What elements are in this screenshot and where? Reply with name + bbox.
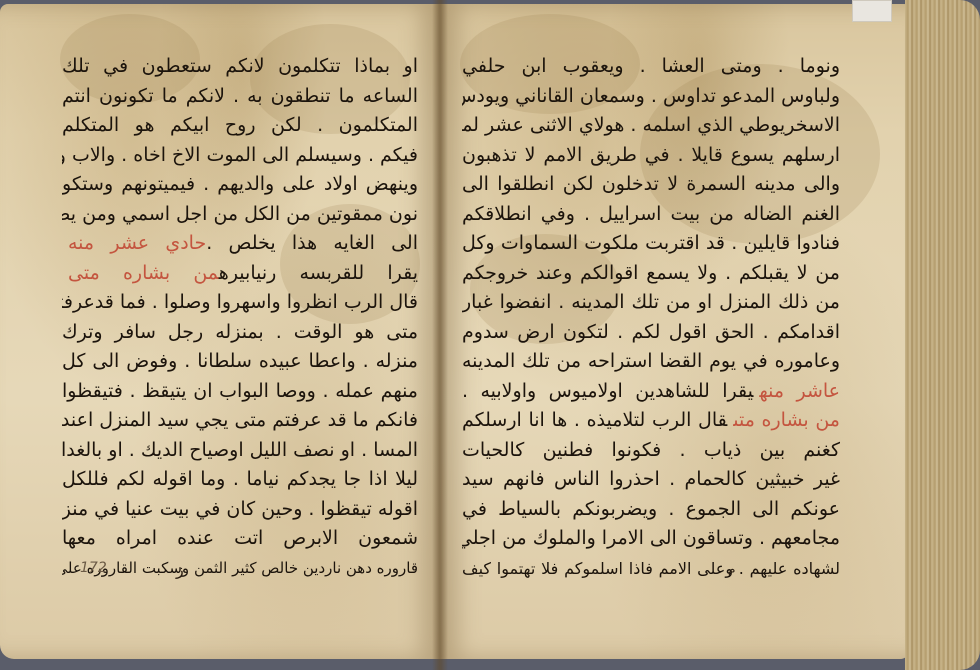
text-line: اقدامكم . الحق اقول لكم . لتكون ارض سدوم	[462, 318, 840, 348]
text-line: ولباوس المدعو تداوس . وسمعان القاناني وي…	[462, 82, 840, 112]
rubric-heading: عاشر منه	[759, 380, 840, 402]
text-line: او بماذا تتكلمون لانكم ستعطون في تلك	[62, 52, 418, 82]
text-line: الساعه ما تنطقون به . لانكم ما تكونون ان…	[62, 82, 418, 112]
open-manuscript: او بماذا تتكلمون لانكم ستعطون في تلك الس…	[0, 0, 980, 670]
book-gutter	[432, 0, 448, 670]
text-line: فيكم . وسيسلم الى الموت الاخ اخاه . والا…	[62, 141, 418, 171]
text-line: الغنم الضاله من بيت اسراييل . وفي انطلاق…	[462, 200, 840, 230]
folio-number: 172	[80, 560, 107, 576]
text-line: من بشاره متىقال الرب لتلاميذه . ها انا ا…	[462, 406, 840, 436]
rubric-heading: من بشاره متى	[68, 262, 219, 284]
text-line: غير خبيثين كالحمام . احذروا الناس فانهم …	[462, 465, 840, 495]
text-line: الى الغايه هذا يخلص .حادي عشر منه	[62, 229, 418, 259]
rubric-heading: من بشاره متى	[733, 409, 840, 431]
text-line: نون ممقوتين من الكل من اجل اسمي ومن يصبر	[62, 200, 418, 230]
text-line: مجامعهم . وتساقون الى الامرا والملوك من …	[462, 524, 840, 554]
right-page-text: ونوما . ومتى العشا . ويعقوب ابن حلفي ولب…	[462, 52, 840, 583]
text-line: فنادوا قايلين . قد اقتربت ملكوت السماوات…	[462, 229, 840, 259]
text-line: المسا . او نصف الليل اوصياح الديك . او ب…	[62, 436, 418, 466]
catchword-right: م	[728, 562, 735, 576]
catchword-left: ز	[176, 560, 184, 579]
text-line: وينهض اولاد على والديهم . فيميتونهم وستك…	[62, 170, 418, 200]
text-line: لشهاده عليهم . وعلى الامم فاذا اسلموكم ف…	[462, 554, 840, 584]
paper-tab	[852, 0, 892, 22]
left-page-text: او بماذا تتكلمون لانكم ستعطون في تلك الس…	[62, 52, 418, 583]
text-line: فانكم ما قد عرفتم متى يجي سيد المنزل اعن…	[62, 406, 418, 436]
page-fore-edge	[905, 0, 980, 670]
text-line: ارسلهم يسوع قايلا . في طريق الامم لا تذه…	[462, 141, 840, 171]
text-line: ونوما . ومتى العشا . ويعقوب ابن حلفي	[462, 52, 840, 82]
text-line: ليلا اذا جا يجدكم نياما . وما اقوله لكم …	[62, 465, 418, 495]
text-line: من ذلك المنزل او من تلك المدينه . انفضوا…	[462, 288, 840, 318]
text-line: المتكلمون . لكن روح ابيكم هو المتكلم	[62, 111, 418, 141]
text-line: منزله . واعطا عبيده سلطانا . وفوض الى كل	[62, 347, 418, 377]
text-line: قاروره دهن ناردين خالص كثير الثمن وسكبت …	[62, 554, 418, 584]
text-line: اقوله تيقظوا . وحين كان في بيت عنيا في م…	[62, 495, 418, 525]
text-line: عونكم الى الجموع . ويضربونكم بالسياط في	[462, 495, 840, 525]
text-line: قال الرب انظروا واسهروا وصلوا . فما قدعر…	[62, 288, 418, 318]
text-line: كغنم بين ذياب . فكونوا فطنين كالحيات	[462, 436, 840, 466]
text-line: منهم عمله . ووصا البواب ان يتيقظ . فتيقظ…	[62, 377, 418, 407]
text-line: وعاموره في يوم القضا استراحه من تلك المد…	[462, 347, 840, 377]
text-line: من لا يقبلكم . ولا يسمع اقوالكم وعند خرو…	[462, 259, 840, 289]
text-line: متى هو الوقت . بمنزله رجل سافر وترك	[62, 318, 418, 348]
text-line: شمعون الابرص اتت عنده امراه معها	[62, 524, 418, 554]
rubric-heading: حادي عشر منه	[68, 232, 206, 254]
text-line: يقرا للقربسه رنيابيرهمن بشاره متى	[62, 259, 418, 289]
text-line: والى مدينه السمرة لا تدخلون لكن انطلقوا …	[462, 170, 840, 200]
text-line: عاشر منهيقرا للشاهدين اولاميوس واولابيه …	[462, 377, 840, 407]
text-line: الاسخريوطي الذي اسلمه . هولاي الاثنى عشر…	[462, 111, 840, 141]
